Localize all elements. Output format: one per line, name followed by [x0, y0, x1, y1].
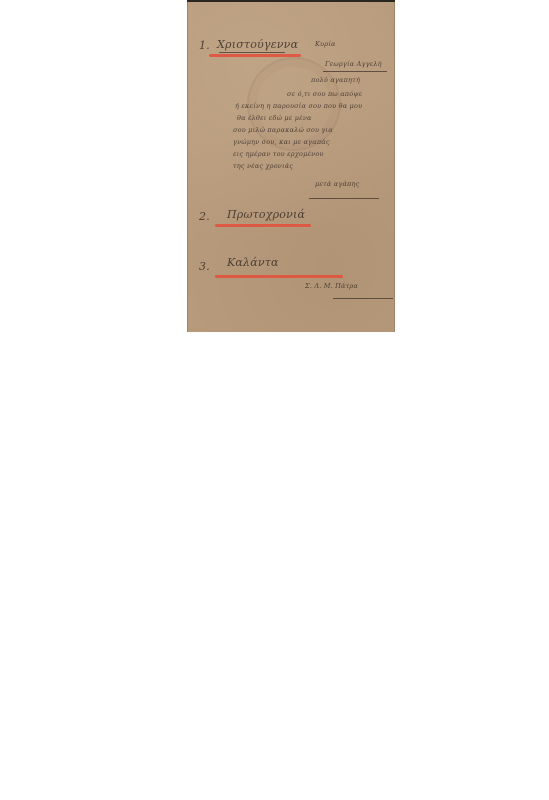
- letter-signature: μετά αγάπης: [315, 180, 359, 188]
- item-1-title: Χριστούγεννα: [217, 38, 298, 51]
- item-2-number: 2.: [199, 210, 210, 223]
- footer-underline: [333, 298, 393, 299]
- letter-body-line-2: ή εκείνη η παρουσία σου που θα μου: [235, 102, 362, 110]
- document-page: 1. Χριστούγεννα Κυρία Γεωργία Αγγελή πολ…: [187, 0, 395, 332]
- footer-note: Σ. Λ. Μ. Πάτρα: [305, 282, 358, 290]
- address-underline: [323, 71, 387, 72]
- letter-address-3: πολύ αγαπητή: [311, 76, 360, 84]
- item-2-title: Πρωτοχρονιά: [227, 208, 305, 221]
- letter-body-line-5: γνώμην σου, και με αγαπάς: [233, 138, 330, 146]
- item-3-title: Καλάντα: [227, 256, 279, 269]
- letter-body-line-1: σε ό,τι σου πω απόψε: [287, 90, 362, 98]
- letter-body-line-6: εις ημέραν του ερχομένου: [233, 150, 324, 158]
- letter-body-line-3: θα έλθει εδώ με μένα: [237, 114, 312, 122]
- item-2-red-underline: [215, 224, 311, 227]
- item-1-red-underline: [209, 54, 301, 57]
- letter-address-1: Κυρία: [315, 40, 336, 48]
- item-1-number: 1.: [199, 39, 210, 52]
- signature-flourish: [309, 198, 379, 199]
- item-3-number: 3.: [199, 260, 210, 273]
- letter-body-line-7: της νέας χρονιάς: [233, 162, 293, 170]
- letter-address-2: Γεωργία Αγγελή: [325, 60, 382, 68]
- item-1-ink-underline: [219, 52, 285, 53]
- item-3-red-underline: [215, 275, 343, 278]
- letter-body-line-4: σου μιλώ παρακαλώ σου για: [233, 126, 333, 134]
